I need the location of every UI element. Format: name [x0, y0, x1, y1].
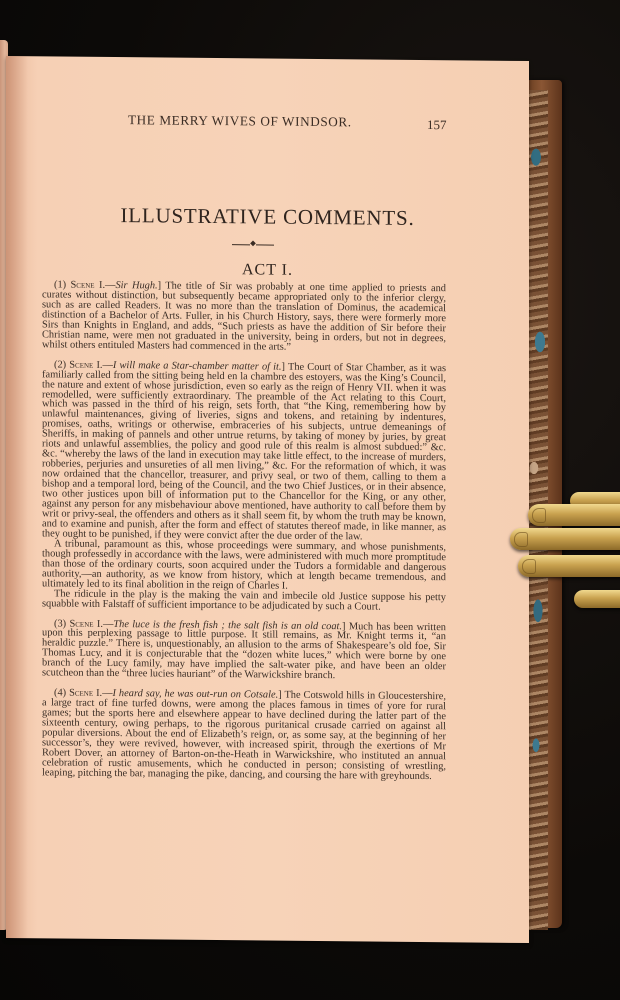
note-2-paragraph-2: A tribunal, paramount as this, whose pro…	[42, 539, 446, 593]
note-text: The Court of Star Chamber, as it was fam…	[42, 361, 446, 542]
diamond-ornament-icon	[250, 241, 256, 247]
note-text: Much has been written upon this perplexi…	[42, 621, 446, 682]
finger-icon	[510, 528, 620, 550]
act-title: ACT I.	[6, 259, 529, 282]
note-4: (4) Scene I.—I heard say, he was out-run…	[42, 689, 446, 782]
finger-icon	[518, 555, 620, 577]
note-1: (1) Scene I.—Sir Hugh.] The title of Sir…	[42, 280, 446, 354]
note-text: The Cotswold hills in Gloucestershire, a…	[42, 690, 446, 782]
note-2: (2) Scene I.—I will make a Star-chamber …	[42, 360, 446, 543]
gutter-shadow	[6, 56, 28, 938]
finger-icon	[574, 590, 620, 608]
page-number: 157	[427, 117, 447, 133]
note-text: The title of Sir was probably at one tim…	[42, 281, 446, 353]
finger-icon	[528, 504, 620, 526]
note-3: (3) Scene I.—The luce is the fresh fish …	[42, 619, 446, 683]
section-title: ILLUSTRATIVE COMMENTS.	[6, 202, 529, 232]
brass-hand-page-holder	[508, 492, 620, 614]
ornament-divider	[232, 241, 274, 247]
running-head: THE MERRY WIVES OF WINDSOR.	[128, 112, 458, 131]
book-page: THE MERRY WIVES OF WINDSOR. 157 ILLUSTRA…	[6, 56, 529, 943]
commentary-body: (1) Scene I.—Sir Hugh.] The title of Sir…	[42, 280, 446, 782]
note-2-paragraph-3: The ridicule in the play is the making t…	[42, 589, 446, 613]
